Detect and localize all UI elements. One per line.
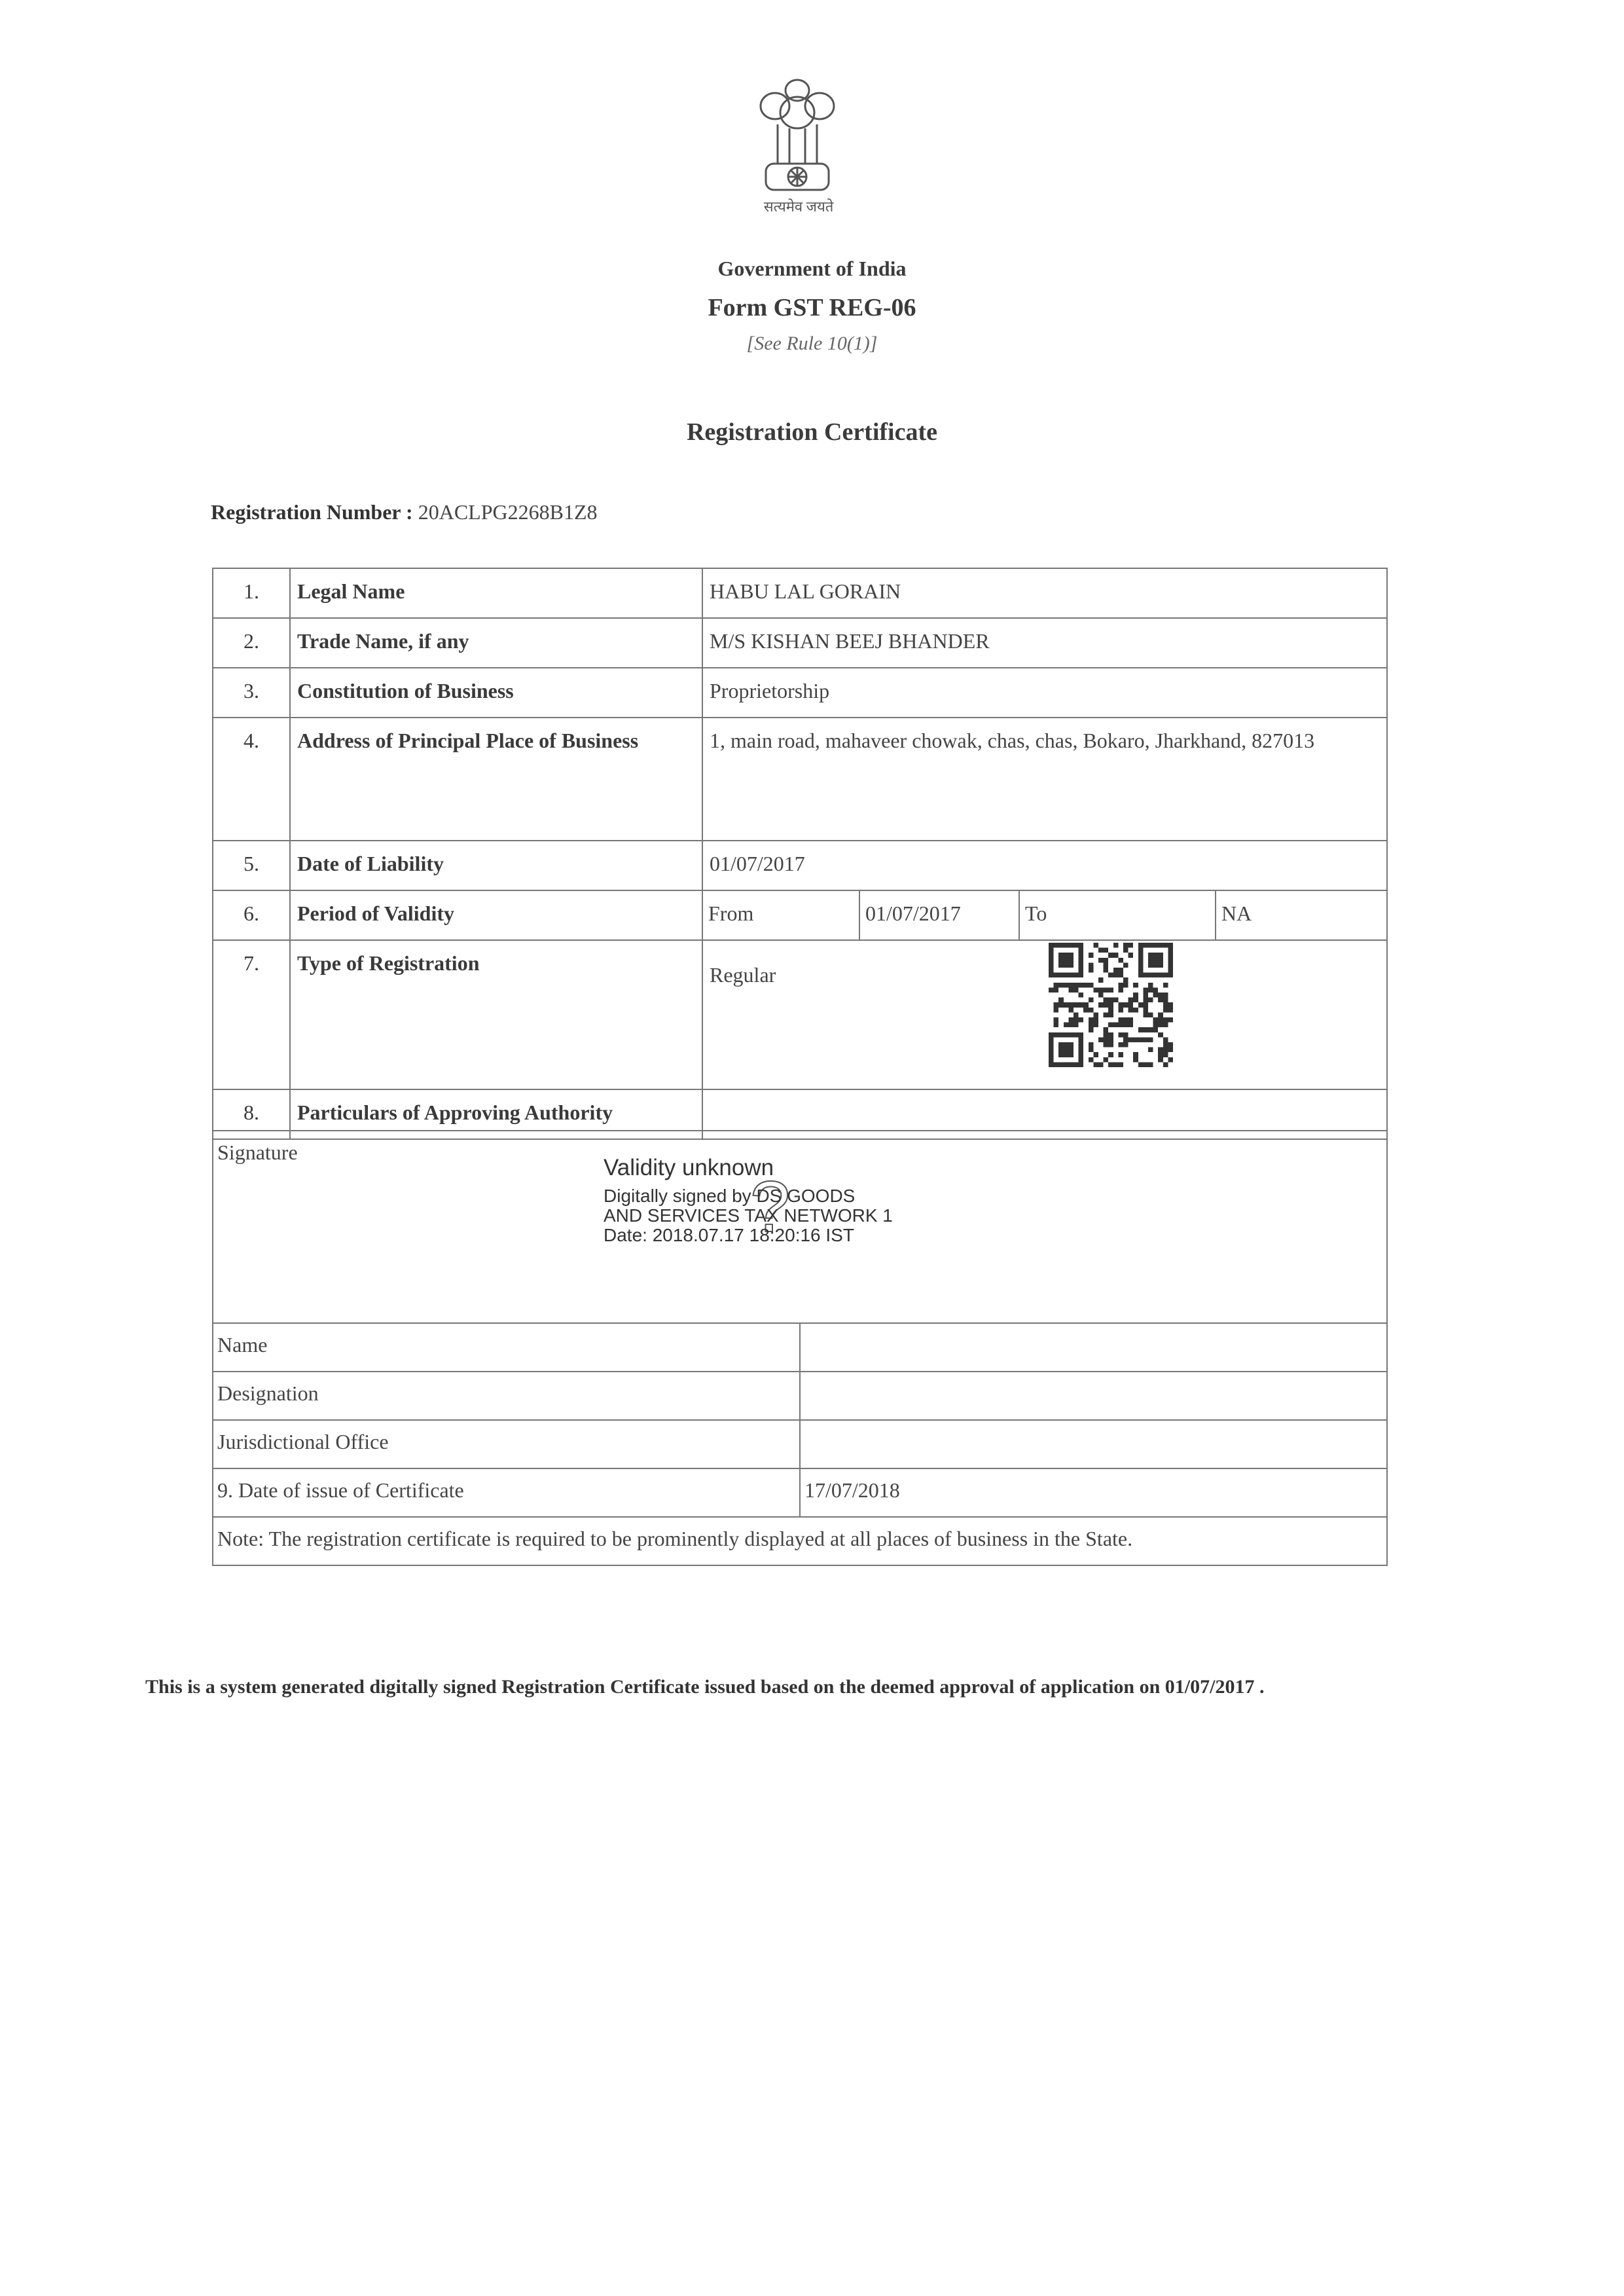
table-row: 7. Type of Registration Regular — [213, 940, 1387, 1089]
period-table: From 01/07/2017 To NA — [703, 891, 1386, 939]
name-label: Name — [213, 1323, 800, 1372]
row-label: Date of Liability — [290, 841, 702, 890]
row-label: Legal Name — [290, 568, 702, 618]
table-row: 3. Constitution of Business Proprietorsh… — [213, 668, 1387, 718]
to-label: To — [1019, 891, 1216, 939]
from-date: 01/07/2017 — [859, 891, 1019, 939]
row-label: Period of Validity — [290, 890, 702, 940]
display-note: Note: The registration certificate is re… — [213, 1517, 1387, 1565]
from-label: From — [703, 891, 859, 939]
row-number: 6. — [213, 890, 290, 940]
row-number: 4. — [213, 718, 290, 841]
row-label: Type of Registration — [290, 940, 702, 1089]
designation-value — [800, 1372, 1387, 1420]
table-row: 6. Period of Validity From 01/07/2017 To… — [213, 890, 1387, 940]
system-generated-footer: This is a system generated digitally sig… — [145, 1676, 1264, 1698]
certificate-title: Registration Certificate — [0, 418, 1624, 446]
rule-reference: [See Rule 10(1)] — [0, 333, 1624, 355]
row-number: 5. — [213, 841, 290, 890]
to-date: NA — [1216, 891, 1386, 939]
table-row: 4. Address of Principal Place of Busines… — [213, 718, 1387, 841]
table-row: 2. Trade Name, if any M/S KISHAN BEEJ BH… — [213, 618, 1387, 668]
signed-by-line: AND SERVICES TAX NETWORK 1 — [604, 1206, 893, 1226]
row-number: 2. — [213, 618, 290, 668]
registration-details-table: 1. Legal Name HABU LAL GORAIN 2. Trade N… — [212, 568, 1388, 1140]
table-row: Designation — [213, 1372, 1387, 1420]
signature-validity: Validity unknown — [604, 1155, 893, 1181]
row-label: Trade Name, if any — [290, 618, 702, 668]
constitution-value: Proprietorship — [702, 668, 1387, 718]
emblem-motto: सत्यमेव जयते — [740, 196, 857, 216]
authority-table: Signature ? Validity unknown Digitally s… — [212, 1130, 1388, 1566]
registration-number-value: 20ACLPG2268B1Z8 — [418, 500, 598, 524]
row-number: 7. — [213, 940, 290, 1089]
table-row: 9. Date of issue of Certificate 17/07/20… — [213, 1468, 1387, 1517]
signature-date: Date: 2018.07.17 18:20:16 IST — [604, 1226, 893, 1245]
registration-number: Registration Number : 20ACLPG2268B1Z8 — [211, 500, 598, 524]
table-row: Name — [213, 1323, 1387, 1372]
date-of-liability-value: 01/07/2017 — [702, 841, 1387, 890]
row-label: Address of Principal Place of Business — [290, 718, 702, 841]
form-title: Form GST REG-06 — [0, 293, 1624, 322]
jurisdictional-office-label: Jurisdictional Office — [213, 1420, 800, 1468]
table-row: Jurisdictional Office — [213, 1420, 1387, 1468]
signature-cell: Signature ? Validity unknown Digitally s… — [213, 1131, 1387, 1323]
issue-date-value: 17/07/2018 — [800, 1468, 1387, 1517]
registration-number-label: Registration Number : — [211, 500, 413, 524]
row-label: Constitution of Business — [290, 668, 702, 718]
row-number: 1. — [213, 568, 290, 618]
qr-code-icon — [1049, 943, 1173, 1067]
registration-type: Regular — [710, 963, 1380, 987]
table-row: 5. Date of Liability 01/07/2017 — [213, 841, 1387, 890]
row-number: 3. — [213, 668, 290, 718]
address-value: 1, main road, mahaveer chowak, chas, cha… — [702, 718, 1387, 841]
signature-label: Signature — [217, 1140, 298, 1164]
trade-name-value: M/S KISHAN BEEJ BHANDER — [702, 618, 1387, 668]
national-emblem-icon — [751, 65, 843, 210]
government-heading: Government of India — [0, 257, 1624, 281]
signed-by-line: Digitally signed by DS GOODS — [604, 1186, 893, 1206]
table-row: 1. Legal Name HABU LAL GORAIN — [213, 568, 1387, 618]
registration-type-value: Regular — [702, 940, 1387, 1089]
legal-name-value: HABU LAL GORAIN — [702, 568, 1387, 618]
issue-date-label: 9. Date of issue of Certificate — [213, 1468, 800, 1517]
name-value — [800, 1323, 1387, 1372]
digital-signature-block[interactable]: Validity unknown Digitally signed by DS … — [604, 1155, 893, 1245]
designation-label: Designation — [213, 1372, 800, 1420]
jurisdictional-office-value — [800, 1420, 1387, 1468]
period-of-validity: From 01/07/2017 To NA — [702, 890, 1387, 940]
